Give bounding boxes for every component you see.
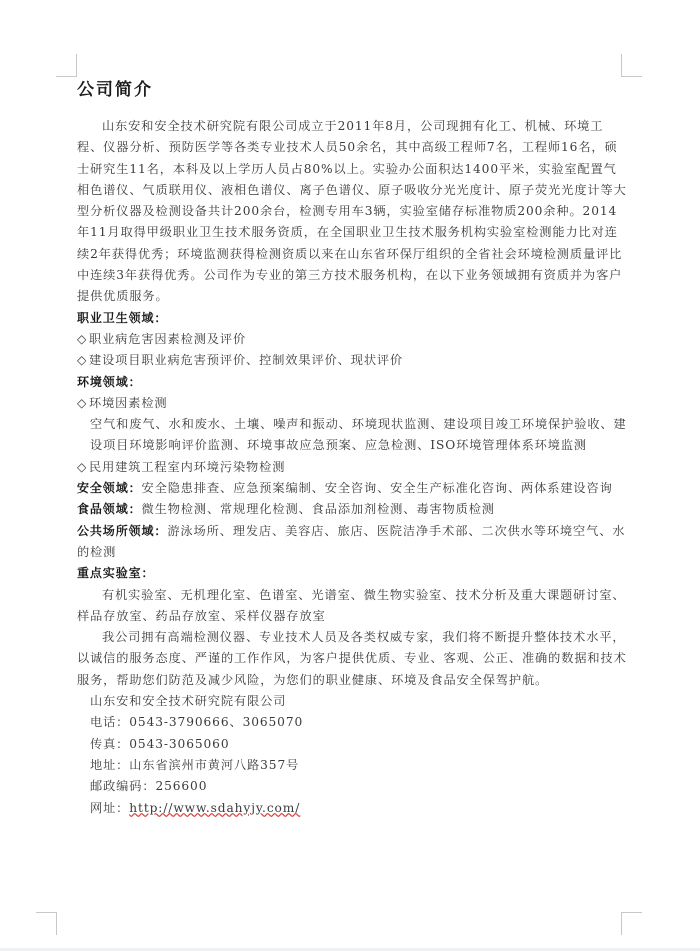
document-body[interactable]: 公司简介 山东安和安全技术研究院有限公司成立于2011年8月，公司现拥有化工、机… (77, 78, 627, 819)
fax-label: 传真： (90, 737, 129, 751)
intro-paragraph: 山东安和安全技术研究院有限公司成立于2011年8月，公司现拥有化工、机械、环境工… (77, 116, 627, 308)
margin-corner-mark-top-right (621, 54, 642, 77)
environment-detail: 空气和废气、水和废水、土壤、噪声和振动、环境现状监测、建设项目竣工环境保护验收、… (77, 414, 627, 457)
margin-corner-mark-bottom-left (36, 912, 57, 935)
contact-company: 山东安和安全技术研究院有限公司 (77, 691, 627, 712)
address-value: 山东省滨州市黄河八路357号 (129, 758, 299, 772)
contact-website: 网址：http://www.sdahyjy.com/ (77, 798, 627, 819)
list-item-text: 民用建筑工程室内环境污染物检测 (89, 460, 285, 474)
list-item-text: 职业病危害因素检测及评价 (89, 332, 246, 346)
food-text: 微生物检测、常规理化检测、食品添加剂检测、毒害物质检测 (142, 502, 495, 516)
contact-phone: 电话：0543-3790666、3065070 (77, 712, 627, 733)
diamond-bullet-icon: ◇ (77, 329, 89, 350)
postcode-label: 邮政编码： (90, 779, 155, 793)
list-item: ◇职业病危害因素检测及评价 (77, 329, 627, 350)
section-heading-occupational: 职业卫生领域： (77, 308, 627, 329)
website-label: 网址： (90, 801, 129, 815)
safety-text: 安全隐患排查、应急预案编制、安全咨询、安全生产标准化咨询、两体系建设咨询 (142, 481, 613, 495)
diamond-bullet-icon: ◇ (77, 457, 89, 478)
food-section: 食品领域：微生物检测、常规理化检测、食品添加剂检测、毒害物质检测 (77, 499, 627, 520)
safety-section: 安全领域：安全隐患排查、应急预案编制、安全咨询、安全生产标准化咨询、两体系建设咨… (77, 478, 627, 499)
margin-corner-mark-top-left (56, 54, 77, 77)
diamond-bullet-icon: ◇ (77, 350, 89, 371)
list-item: ◇民用建筑工程室内环境污染物检测 (77, 457, 627, 478)
list-item: ◇建设项目职业病危害预评价、控制效果评价、现状评价 (77, 350, 627, 371)
document-page: 公司简介 山东安和安全技术研究院有限公司成立于2011年8月，公司现拥有化工、机… (0, 0, 700, 948)
contact-block: 山东安和安全技术研究院有限公司 电话：0543-3790666、3065070 … (77, 691, 627, 819)
website-link[interactable]: http://www.sdahyjy.com/ (129, 801, 300, 815)
labs-text: 有机实验室、无机理化室、色谱室、光谱室、微生物实验室、技术分析及重大课题研讨室、… (77, 585, 627, 628)
list-item-text: 环境因素检测 (89, 396, 168, 410)
diamond-bullet-icon: ◇ (77, 393, 89, 414)
section-heading-labs: 重点实验室： (77, 563, 627, 584)
fax-value: 0543-3065060 (129, 737, 229, 751)
address-label: 地址： (90, 758, 129, 772)
section-heading-food: 食品领域： (77, 502, 142, 516)
phone-value: 0543-3790666、3065070 (129, 715, 303, 729)
list-item-text: 建设项目职业病危害预评价、控制效果评价、现状评价 (89, 353, 403, 367)
margin-corner-mark-bottom-right (621, 912, 642, 935)
list-item: ◇环境因素检测 (77, 393, 627, 414)
page-title: 公司简介 (77, 78, 627, 102)
contact-fax: 传真：0543-3065060 (77, 734, 627, 755)
contact-address: 地址：山东省滨州市黄河八路357号 (77, 755, 627, 776)
public-section: 公共场所领域：游泳场所、理发店、美容店、旅店、医院洁净手术部、二次供水等环境空气… (77, 521, 627, 564)
section-heading-safety: 安全领域： (77, 481, 142, 495)
section-heading-environment: 环境领域： (77, 372, 627, 393)
section-heading-public: 公共场所领域： (77, 524, 167, 538)
phone-label: 电话： (90, 715, 129, 729)
contact-postcode: 邮政编码：256600 (77, 776, 627, 797)
closing-paragraph: 我公司拥有高端检测仪器、专业技术人员及各类权威专家，我们将不断提升整体技术水平，… (77, 627, 627, 691)
postcode-value: 256600 (155, 779, 207, 793)
